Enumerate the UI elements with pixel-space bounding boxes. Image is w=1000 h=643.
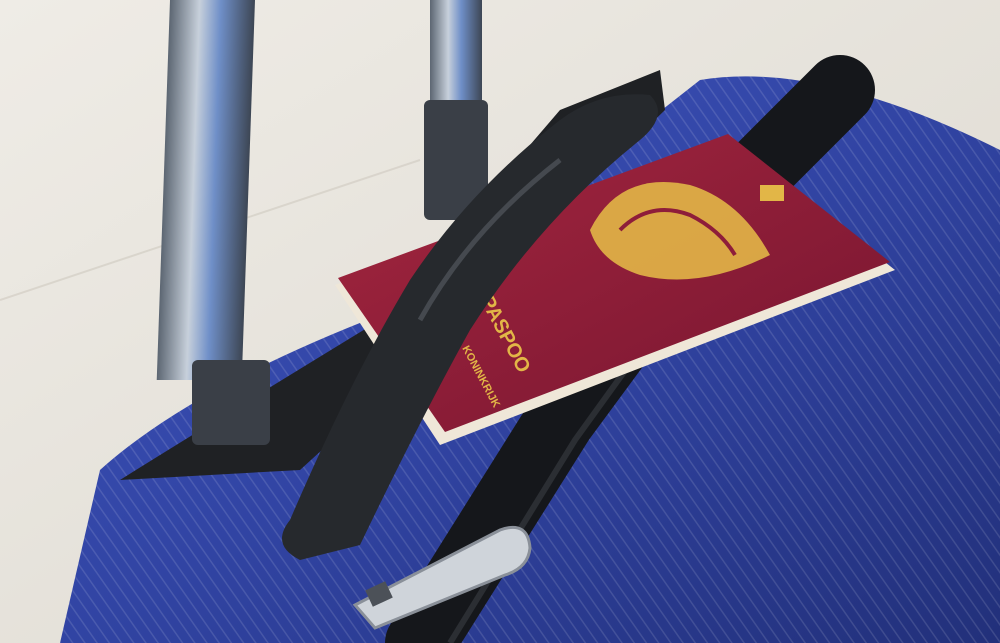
- photo-scene: PASPOO KONINKRIJK: [0, 0, 1000, 643]
- biometric-chip-icon: [760, 185, 784, 201]
- photo-illustration: PASPOO KONINKRIJK: [0, 0, 1000, 643]
